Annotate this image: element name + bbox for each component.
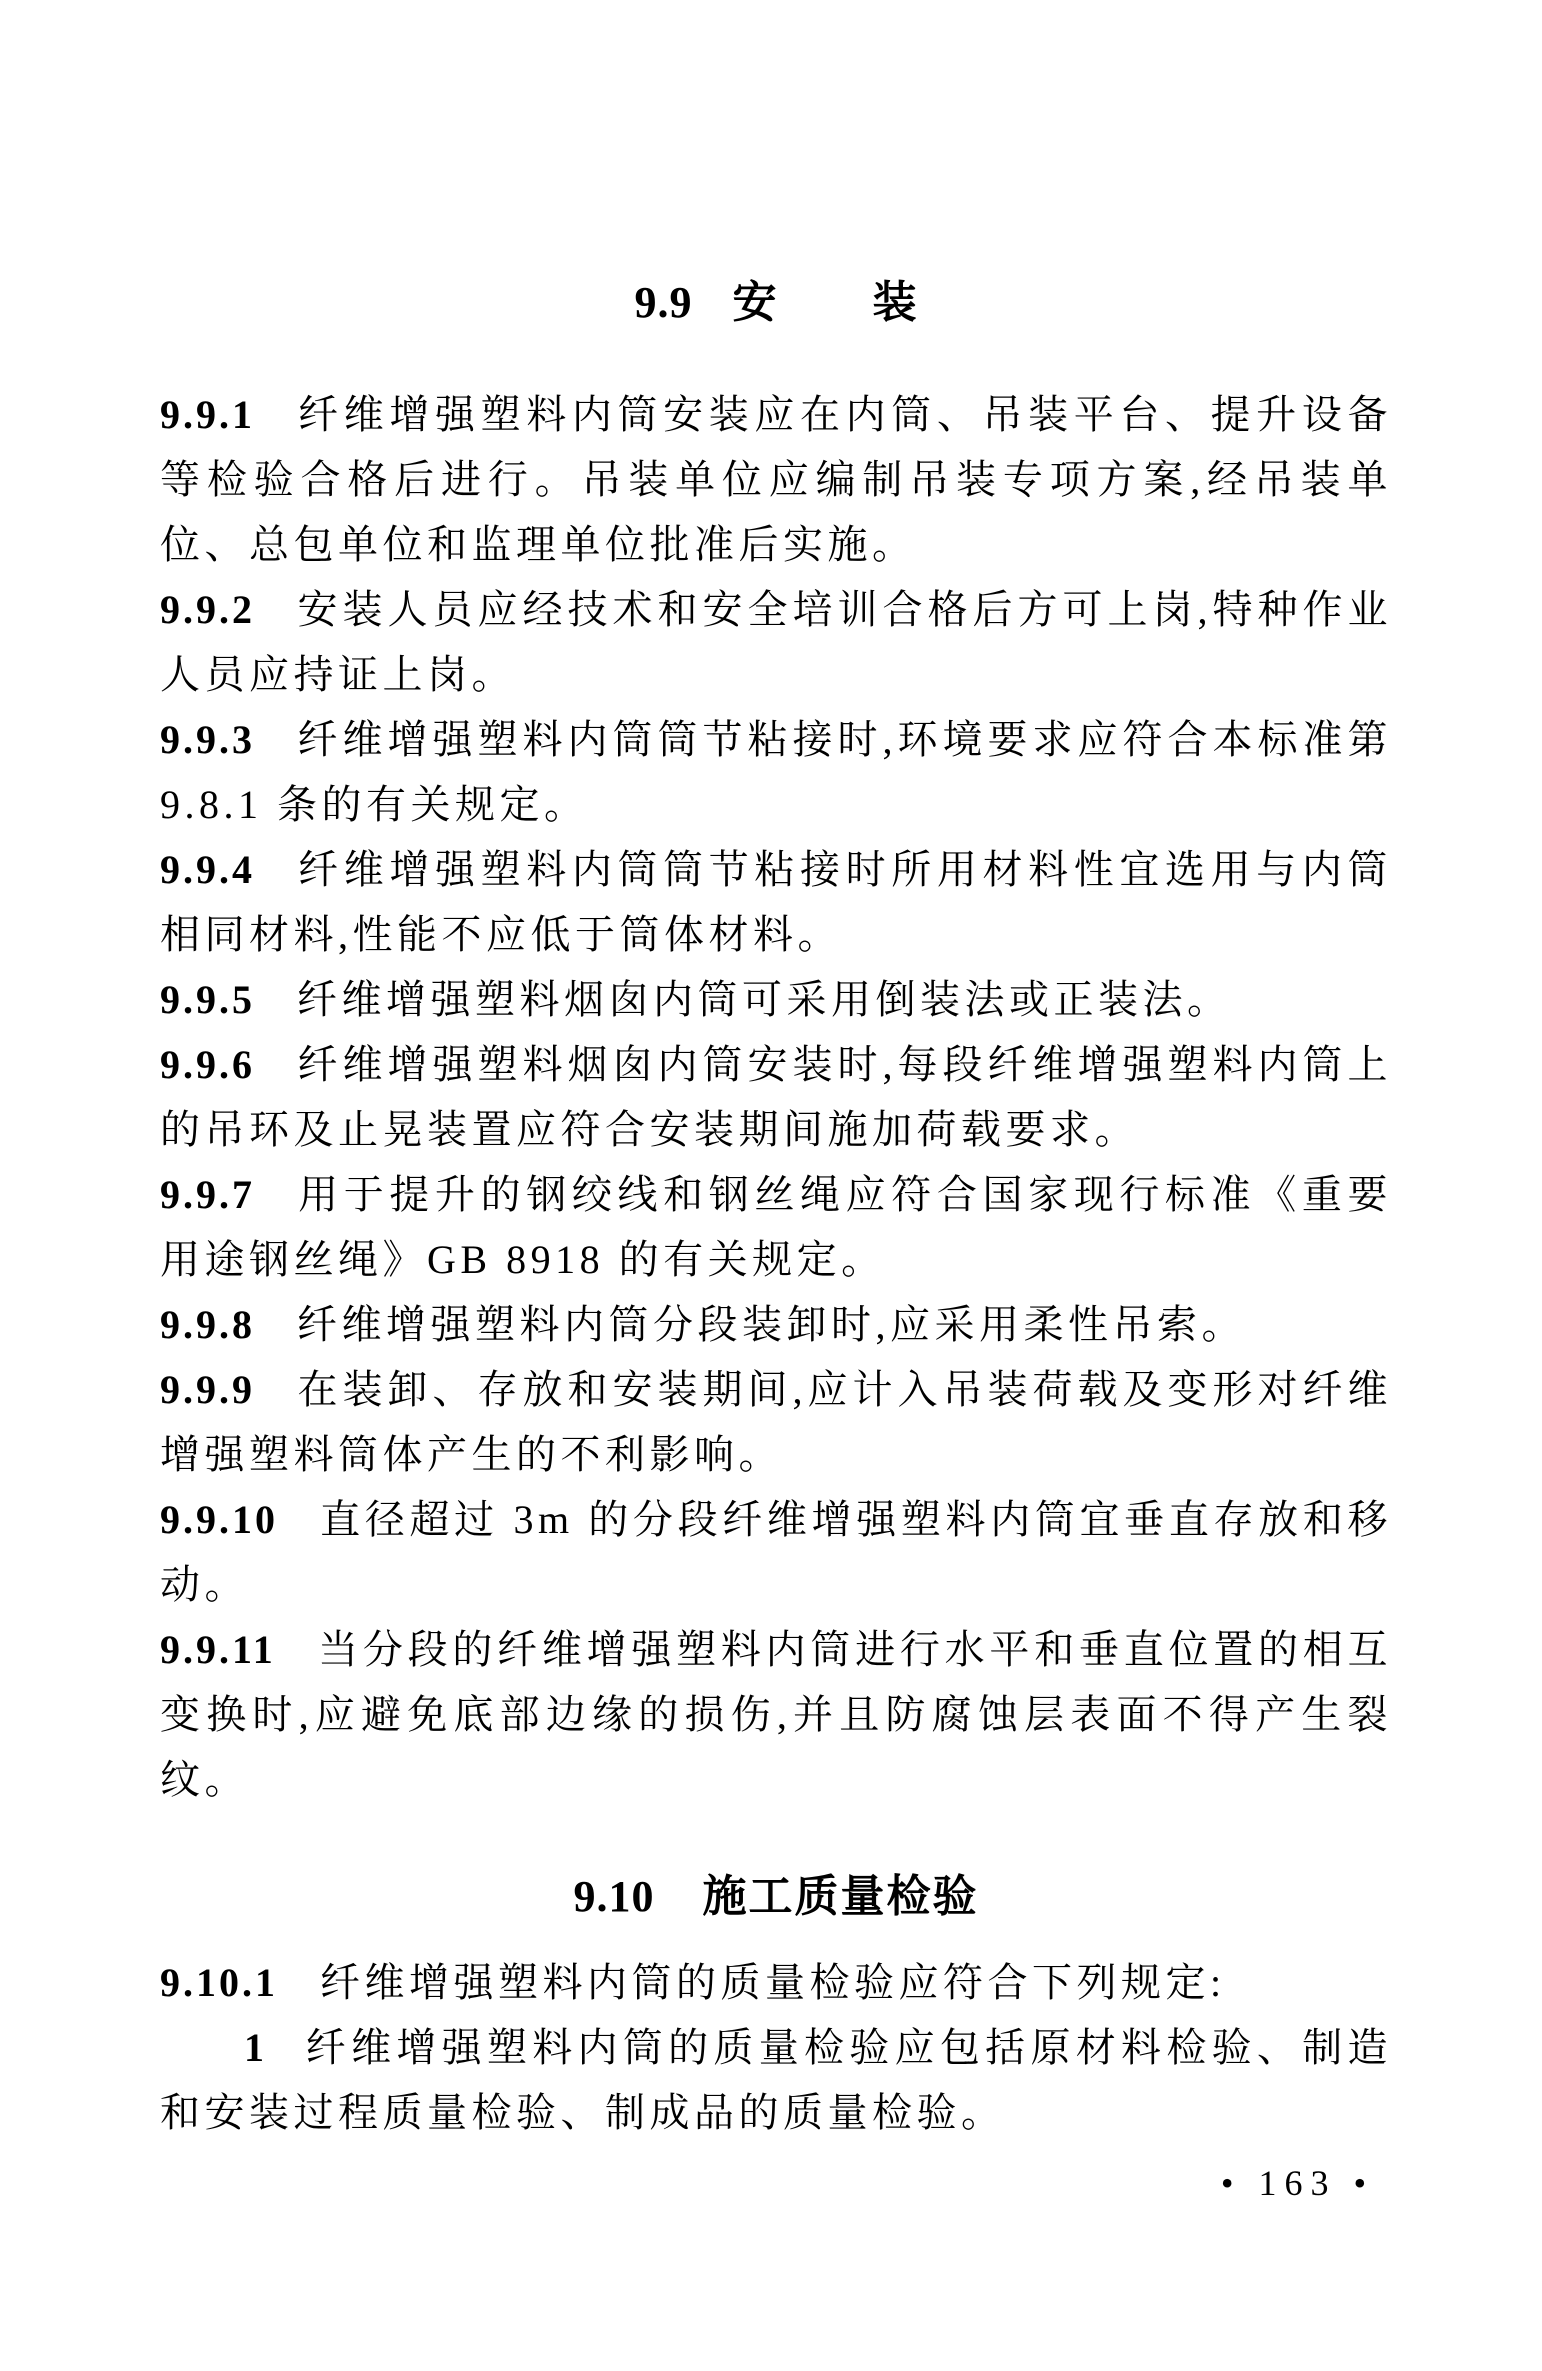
- page-number: • 163 •: [1180, 2162, 1415, 2204]
- clause-9-9-6: 9.9.6纤维增强塑料烟囱内筒安装时,每段纤维增强塑料内筒上的吊环及止晃装置应符…: [160, 1032, 1392, 1162]
- section-heading-installation: 9.9安装: [160, 270, 1392, 336]
- section-title-char: 安: [733, 278, 778, 327]
- installation-clauses: 9.9.1纤维增强塑料内筒安装应在内筒、吊装平台、提升设备等检验合格后进行。吊装…: [160, 382, 1392, 1812]
- clause-text: 当分段的纤维增强塑料内筒进行水平和垂直位置的相互变换时,应避免底部边缘的损伤,并…: [160, 1627, 1392, 1802]
- clause-9-9-4: 9.9.4纤维增强塑料内筒筒节粘接时所用材料性宜选用与内筒相同材料,性能不应低于…: [160, 837, 1392, 967]
- quality-clauses: 9.10.1纤维增强塑料内筒的质量检验应符合下列规定: 1纤维增强塑料内筒的质量…: [160, 1950, 1392, 2145]
- item-text: 纤维增强塑料内筒的质量检验应包括原材料检验、制造和安装过程质量检验、制成品的质量…: [160, 2025, 1392, 2135]
- clause-number: 9.9.5: [160, 977, 255, 1022]
- section-title-char: 装: [873, 278, 918, 327]
- clause-number: 9.9.7: [160, 1172, 255, 1217]
- clause-number: 9.9.2: [160, 587, 255, 632]
- clause-text: 纤维增强塑料内筒分段装卸时,应采用柔性吊索。: [297, 1302, 1246, 1347]
- clause-number: 9.9.6: [160, 1042, 255, 1087]
- clause-number: 9.9.11: [160, 1627, 276, 1672]
- clause-text: 用于提升的钢绞线和钢丝绳应符合国家现行标准《重要用途钢丝绳》GB 8918 的有…: [160, 1172, 1392, 1282]
- item-number: 1: [244, 2025, 267, 2070]
- clause-number: 9.9.8: [160, 1302, 255, 1347]
- section-title: 施工质量检验: [703, 1872, 979, 1921]
- clause-9-10-1: 9.10.1纤维增强塑料内筒的质量检验应符合下列规定:: [160, 1950, 1392, 2015]
- section-heading-quality-inspection: 9.10施工质量检验: [160, 1868, 1392, 1926]
- clause-text: 直径超过 3m 的分段纤维增强塑料内筒宜垂直存放和移动。: [160, 1497, 1392, 1607]
- clause-text: 纤维增强塑料内筒筒节粘接时所用材料性宜选用与内筒相同材料,性能不应低于筒体材料。: [160, 847, 1392, 957]
- clause-9-9-9: 9.9.9在装卸、存放和安装期间,应计入吊装荷载及变形对纤维增强塑料筒体产生的不…: [160, 1357, 1392, 1487]
- clause-text: 纤维增强塑料烟囱内筒可采用倒装法或正装法。: [297, 977, 1232, 1022]
- clause-number: 9.10.1: [160, 1960, 278, 2005]
- clause-text: 在装卸、存放和安装期间,应计入吊装荷载及变形对纤维增强塑料筒体产生的不利影响。: [160, 1367, 1392, 1477]
- clause-text: 安装人员应经技术和安全培训合格后方可上岗,特种作业人员应持证上岗。: [160, 587, 1392, 697]
- clause-number: 9.9.1: [160, 392, 255, 437]
- clause-9-9-5: 9.9.5纤维增强塑料烟囱内筒可采用倒装法或正装法。: [160, 967, 1392, 1032]
- clause-9-9-2: 9.9.2安装人员应经技术和安全培训合格后方可上岗,特种作业人员应持证上岗。: [160, 577, 1392, 707]
- clause-9-9-3: 9.9.3纤维增强塑料内筒筒节粘接时,环境要求应符合本标准第 9.8.1 条的有…: [160, 707, 1392, 837]
- clause-text: 纤维增强塑料烟囱内筒安装时,每段纤维增强塑料内筒上的吊环及止晃装置应符合安装期间…: [160, 1042, 1392, 1152]
- document-page: 9.9安装 9.9.1纤维增强塑料内筒安装应在内筒、吊装平台、提升设备等检验合格…: [0, 0, 1542, 2371]
- clause-text: 纤维增强塑料内筒筒节粘接时,环境要求应符合本标准第 9.8.1 条的有关规定。: [160, 717, 1392, 827]
- clause-number: 9.9.9: [160, 1367, 255, 1412]
- clause-9-9-10: 9.9.10直径超过 3m 的分段纤维增强塑料内筒宜垂直存放和移动。: [160, 1487, 1392, 1617]
- clause-number: 9.9.4: [160, 847, 255, 892]
- clause-9-10-1-item-1: 1纤维增强塑料内筒的质量检验应包括原材料检验、制造和安装过程质量检验、制成品的质…: [160, 2015, 1392, 2145]
- page-content: 9.9安装 9.9.1纤维增强塑料内筒安装应在内筒、吊装平台、提升设备等检验合格…: [160, 270, 1392, 2145]
- clause-number: 9.9.3: [160, 717, 255, 762]
- clause-text: 纤维增强塑料内筒安装应在内筒、吊装平台、提升设备等检验合格后进行。吊装单位应编制…: [160, 392, 1392, 567]
- clause-number: 9.9.10: [160, 1497, 278, 1542]
- clause-9-9-8: 9.9.8纤维增强塑料内筒分段装卸时,应采用柔性吊索。: [160, 1292, 1392, 1357]
- clause-text: 纤维增强塑料内筒的质量检验应符合下列规定:: [320, 1960, 1226, 2005]
- clause-9-9-11: 9.9.11当分段的纤维增强塑料内筒进行水平和垂直位置的相互变换时,应避免底部边…: [160, 1617, 1392, 1812]
- section-number: 9.9: [635, 278, 693, 327]
- clause-9-9-1: 9.9.1纤维增强塑料内筒安装应在内筒、吊装平台、提升设备等检验合格后进行。吊装…: [160, 382, 1392, 577]
- clause-9-9-7: 9.9.7用于提升的钢绞线和钢丝绳应符合国家现行标准《重要用途钢丝绳》GB 89…: [160, 1162, 1392, 1292]
- section-number: 9.10: [574, 1872, 655, 1921]
